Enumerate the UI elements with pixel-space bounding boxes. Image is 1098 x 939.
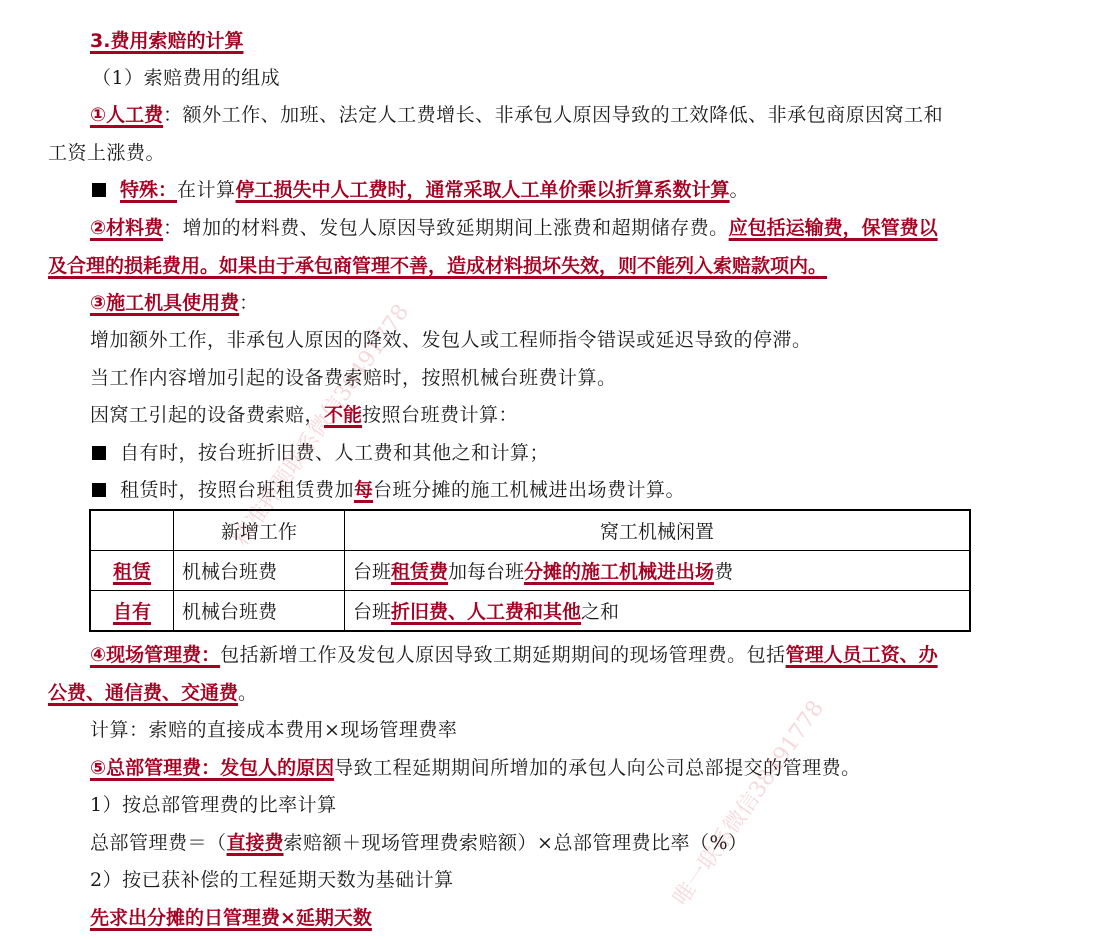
labor-text-cont: 工资上涨费。 <box>48 140 165 166</box>
machinery-bullet-rented: 租赁时，按照台班租赁费加每台班分摊的施工机械进出场费计算。 <box>92 477 685 503</box>
table-header-cell: 新增工作 <box>174 510 345 551</box>
site-mgmt-highlight-cont: 公费、通信费、交通费 <box>48 682 238 704</box>
square-bullet-icon <box>92 483 106 497</box>
machinery-line1: 增加额外工作，非承包人原因的降效、发包人或工程师指令错误或延迟导致的停滞。 <box>90 327 812 353</box>
each-highlight: 每 <box>354 479 373 501</box>
material-text: 增加的材料费、发包人原因导致延期期间上涨费和超期储存费。 <box>183 217 729 239</box>
table-header-row: 新增工作 窝工机械闲置 <box>90 510 970 551</box>
machinery-line3: 因窝工引起的设备费索赔，不能按照台班费计算： <box>90 402 518 428</box>
machinery-line2: 当工作内容增加引起的设备费索赔时，按照机械台班费计算。 <box>90 365 617 391</box>
table-cell: 台班折旧费、人工费和其他之和 <box>345 591 971 632</box>
hq-method2-highlight: 先求出分摊的日管理费×延期天数 <box>90 907 372 929</box>
material-highlight-cont: 及合理的损耗费用。如果由于承包商管理不善，造成材料损坏失效，则不能列入索赔款项内… <box>48 255 827 277</box>
material-paragraph: ②材料费：增加的材料费、发包人原因导致延期期间上涨费和超期储存费。应包括运输费，… <box>90 215 938 241</box>
site-mgmt-calc: 计算：索赔的直接成本费用×现场管理费率 <box>90 717 457 743</box>
labor-paragraph: ①人工费：额外工作、加班、法定人工费增长、非承包人原因导致的工效降低、非承包商原… <box>90 102 943 128</box>
hq-formula: 总部管理费＝（直接费索赔额＋现场管理费索赔额）×总部管理费比率（%） <box>90 830 748 856</box>
hq-method2: 2）按已获补偿的工程延期天数为基础计算 <box>90 867 454 893</box>
watermark: 唯一联系微信38491778 <box>665 693 830 911</box>
direct-cost-highlight: 直接费 <box>227 832 284 854</box>
hq-method1: 1）按总部管理费的比率计算 <box>90 792 337 818</box>
machinery-heading: ③施工机具使用费： <box>90 290 259 316</box>
special-label: 特殊： <box>120 179 177 201</box>
site-mgmt-highlight: 管理人员工资、办 <box>786 644 938 666</box>
hq-mgmt-paragraph: ⑤总部管理费：发包人的原因导致工程延期期间所增加的承包人向公司总部提交的管理费。 <box>90 755 861 781</box>
labor-special: 特殊：在计算停工损失中人工费时，通常采取人工单价乘以折算系数计算。 <box>92 177 749 203</box>
table-header-cell: 窝工机械闲置 <box>345 510 971 551</box>
table-row: 租赁 机械台班费 台班租赁费加每台班分摊的施工机械进出场费 <box>90 551 970 591</box>
machinery-label: ③施工机具使用费 <box>90 292 239 314</box>
machinery-cost-table: 新增工作 窝工机械闲置 租赁 机械台班费 台班租赁费加每台班分摊的施工机械进出场… <box>89 509 971 632</box>
material-highlight: 应包括运输费，保管费以 <box>729 217 938 239</box>
table-cell: 机械台班费 <box>174 551 345 591</box>
square-bullet-icon <box>92 446 106 460</box>
hq-mgmt-label: ⑤总部管理费：发包人的原因 <box>90 757 334 779</box>
table-row: 自有 机械台班费 台班折旧费、人工费和其他之和 <box>90 591 970 632</box>
labor-text: 额外工作、加班、法定人工费增长、非承包人原因导致的工效降低、非承包商原因窝工和 <box>183 104 944 126</box>
row-label-rented: 租赁 <box>113 561 151 583</box>
table-header-cell <box>90 510 174 551</box>
table-cell: 台班租赁费加每台班分摊的施工机械进出场费 <box>345 551 971 591</box>
machinery-bullet-owned: 自有时，按台班折旧费、人工费和其他之和计算； <box>92 440 549 466</box>
subsection-heading: （1）索赔费用的组成 <box>92 65 280 91</box>
labor-label: ①人工费 <box>90 104 163 126</box>
square-bullet-icon <box>92 183 106 197</box>
material-label: ②材料费 <box>90 217 163 239</box>
cannot-highlight: 不能 <box>324 404 362 426</box>
row-label-owned: 自有 <box>113 601 151 623</box>
special-highlight: 停工损失中人工费时，通常采取人工单价乘以折算系数计算 <box>236 179 730 201</box>
table-cell: 机械台班费 <box>174 591 345 632</box>
section-title: 3.费用索赔的计算 <box>90 28 243 54</box>
site-mgmt-label: ④现场管理费： <box>90 644 220 666</box>
site-mgmt-paragraph: ④现场管理费：包括新增工作及发包人原因导致工期延期期间的现场管理费。包括管理人员… <box>90 642 938 668</box>
